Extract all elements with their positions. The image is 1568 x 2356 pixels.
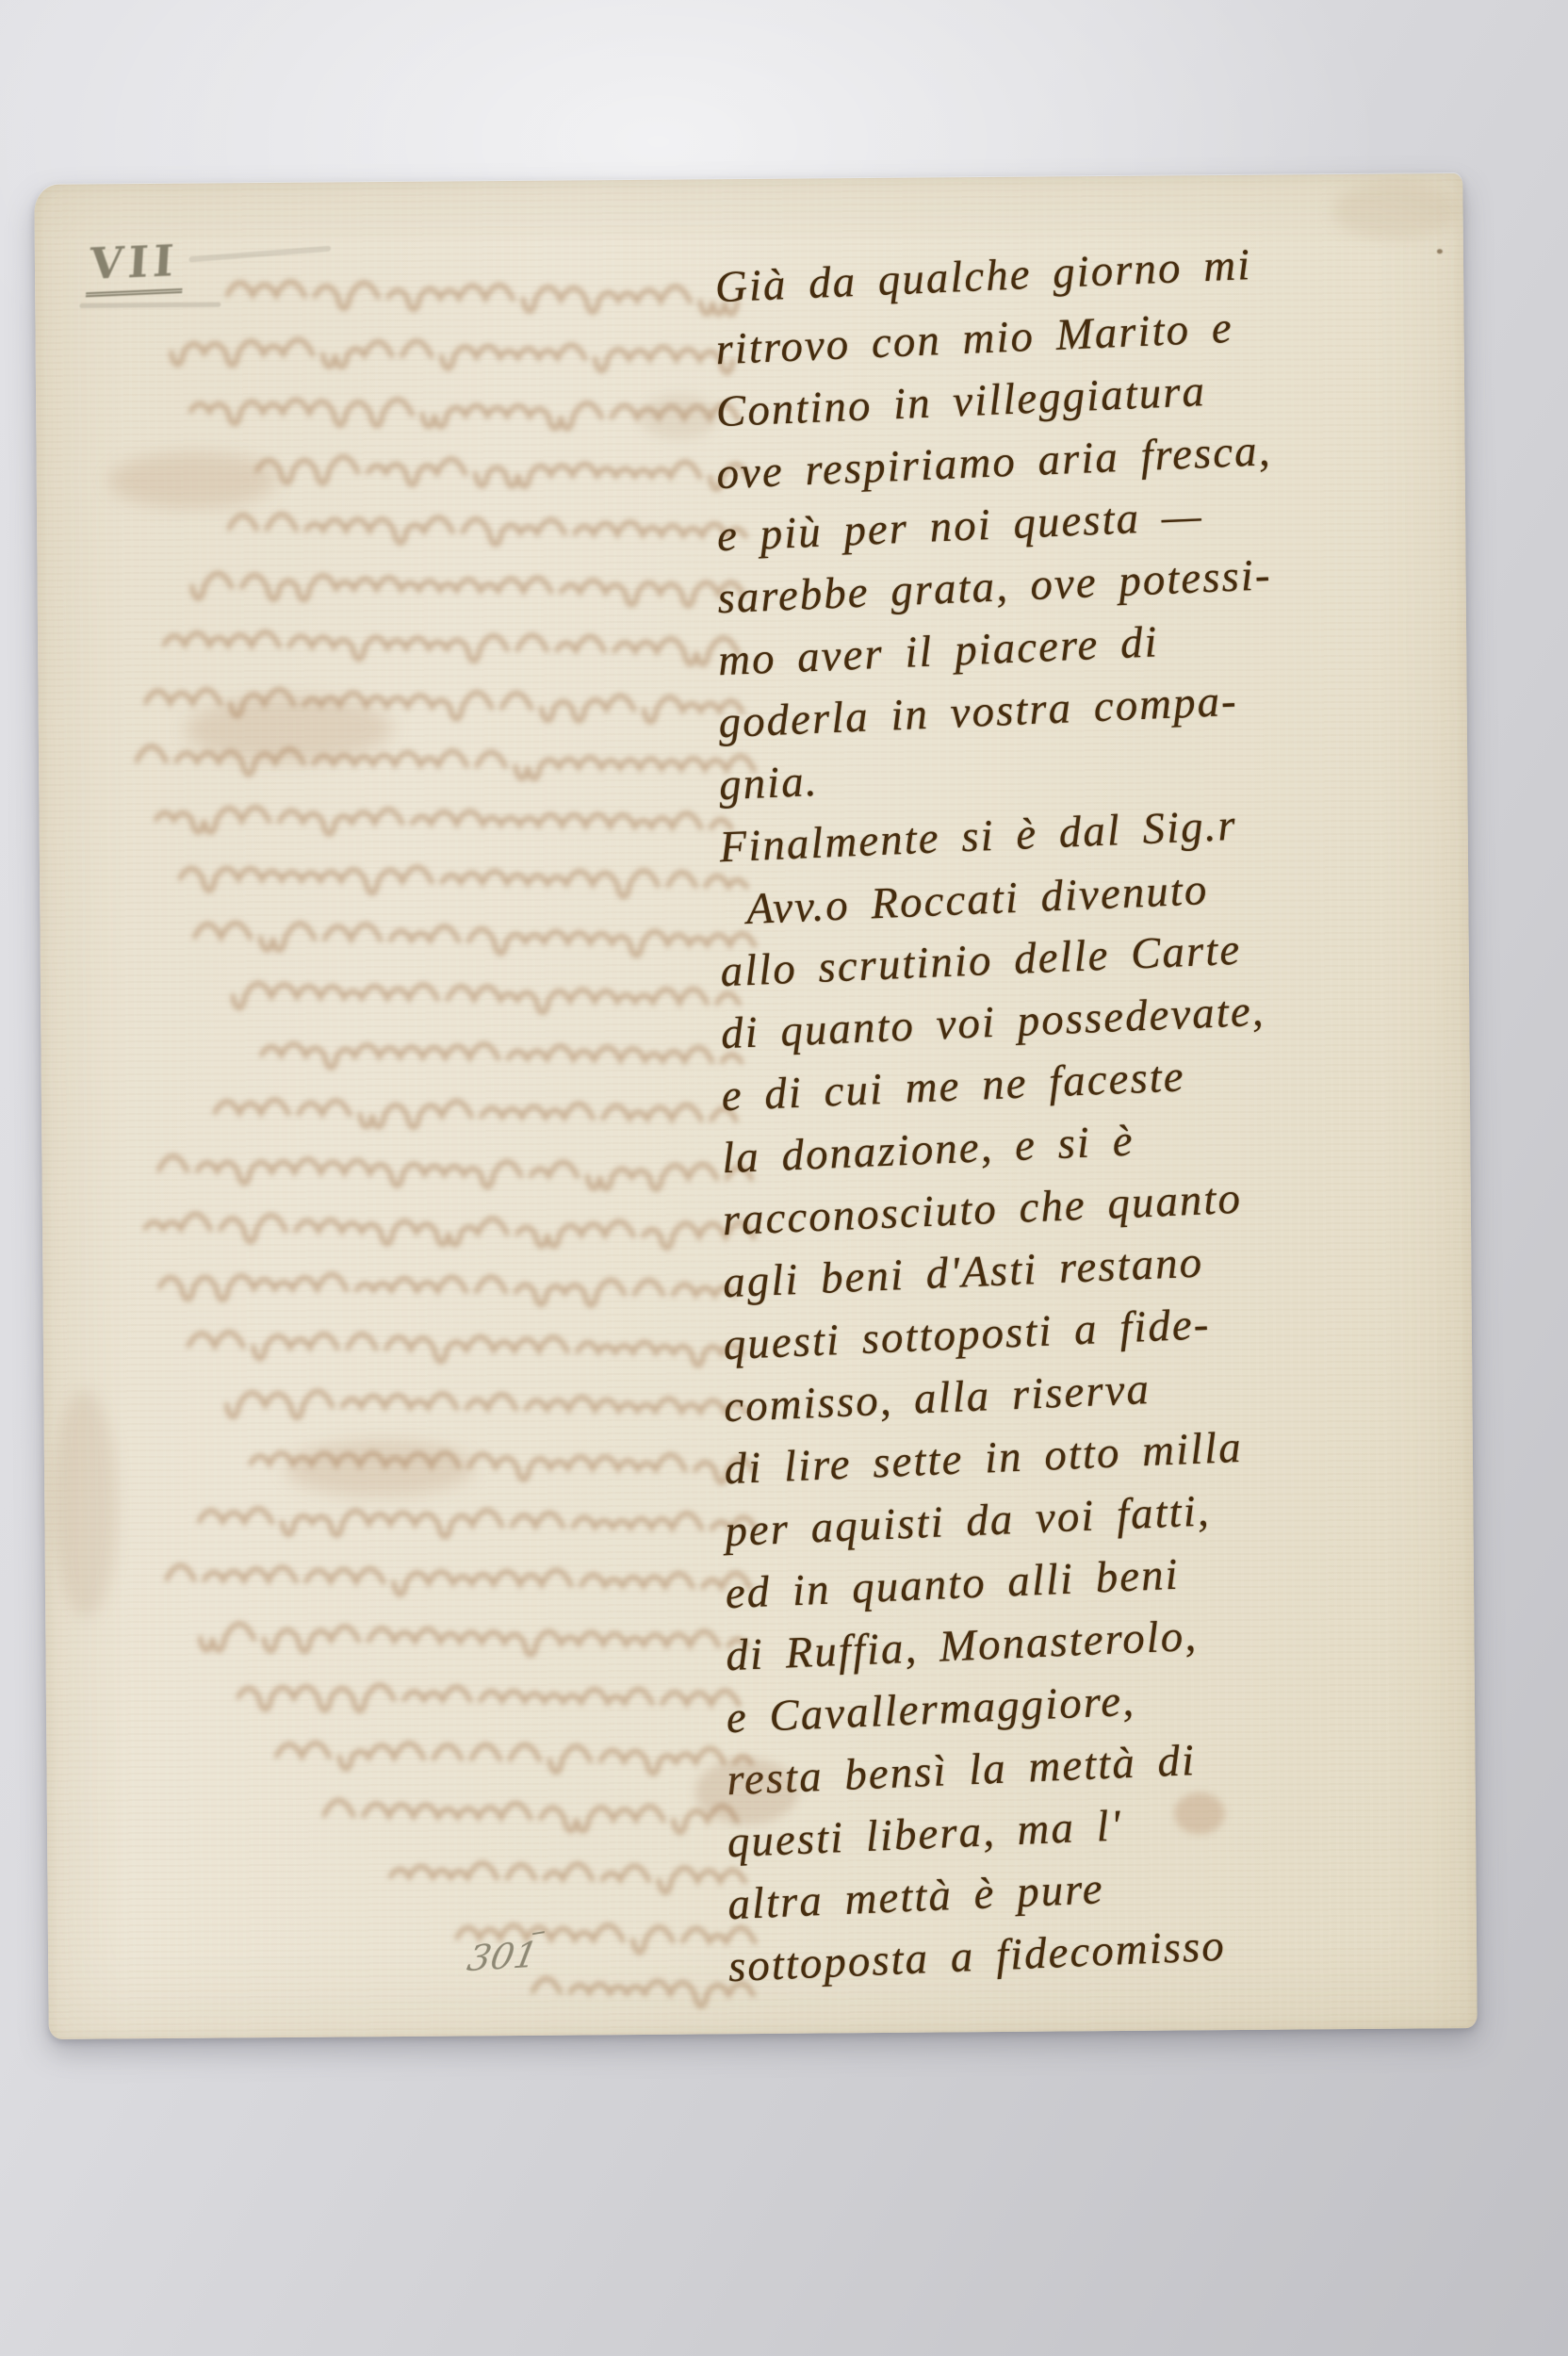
verso-showthrough-line (143, 1198, 761, 1256)
verso-showthrough-line (322, 1785, 766, 1841)
verso-showthrough-line (165, 1549, 764, 1607)
verso-showthrough-line (188, 381, 755, 438)
verso-showthrough-line (259, 1024, 759, 1081)
verso-showthrough-line (192, 907, 759, 964)
verso-showthrough-blob (108, 451, 278, 509)
pencil-dash: – (530, 1914, 547, 1949)
verso-showthrough-line (197, 1491, 763, 1548)
verso-showthrough-line (231, 966, 759, 1023)
verso-showthrough-blob (186, 695, 394, 763)
verso-showthrough-line (388, 1846, 766, 1901)
foxing-stain (639, 394, 718, 440)
verso-showthrough-line (143, 672, 757, 730)
verso-showthrough-line (157, 1256, 761, 1314)
verso-showthrough-line (249, 1433, 763, 1490)
folio-number-text: VII (86, 235, 186, 297)
verso-showthrough-line (154, 789, 758, 846)
verso-showthrough-line (187, 1316, 762, 1373)
verso-showthrough-line (189, 556, 756, 614)
foxing-stain (51, 1390, 119, 1617)
letter-text: Già da qualche giorno miritrovo con mio … (715, 251, 1482, 1998)
verso-showthrough-line (162, 614, 757, 672)
archival-number-pencil: –301 (465, 1934, 542, 1979)
verso-showthrough-line (274, 1726, 765, 1782)
verso-showthrough-line (237, 1667, 765, 1724)
verso-showthrough-line (135, 730, 758, 789)
verso-showthrough-line (227, 499, 756, 555)
verso-showthrough-line (254, 440, 755, 497)
verso-showthrough-line (156, 1139, 760, 1197)
verso-showthrough-line (169, 322, 754, 380)
verso-showthrough-line (178, 848, 759, 906)
archival-number-text: 301 (465, 1934, 542, 1979)
verso-showthrough-line (224, 1375, 762, 1432)
photo-background: VII Già da qualche giorno miritrovo con … (0, 0, 1568, 2356)
verso-showthrough-line (198, 1608, 764, 1665)
verso-showthrough-blob (286, 1439, 474, 1497)
verso-showthrough-line (225, 265, 754, 321)
letter-page: VII Già da qualche giorno miritrovo con … (34, 173, 1477, 2039)
verso-showthrough-line (213, 1082, 760, 1139)
folio-number-pencil: VII (86, 235, 186, 297)
verso-showthrough (69, 269, 766, 2008)
